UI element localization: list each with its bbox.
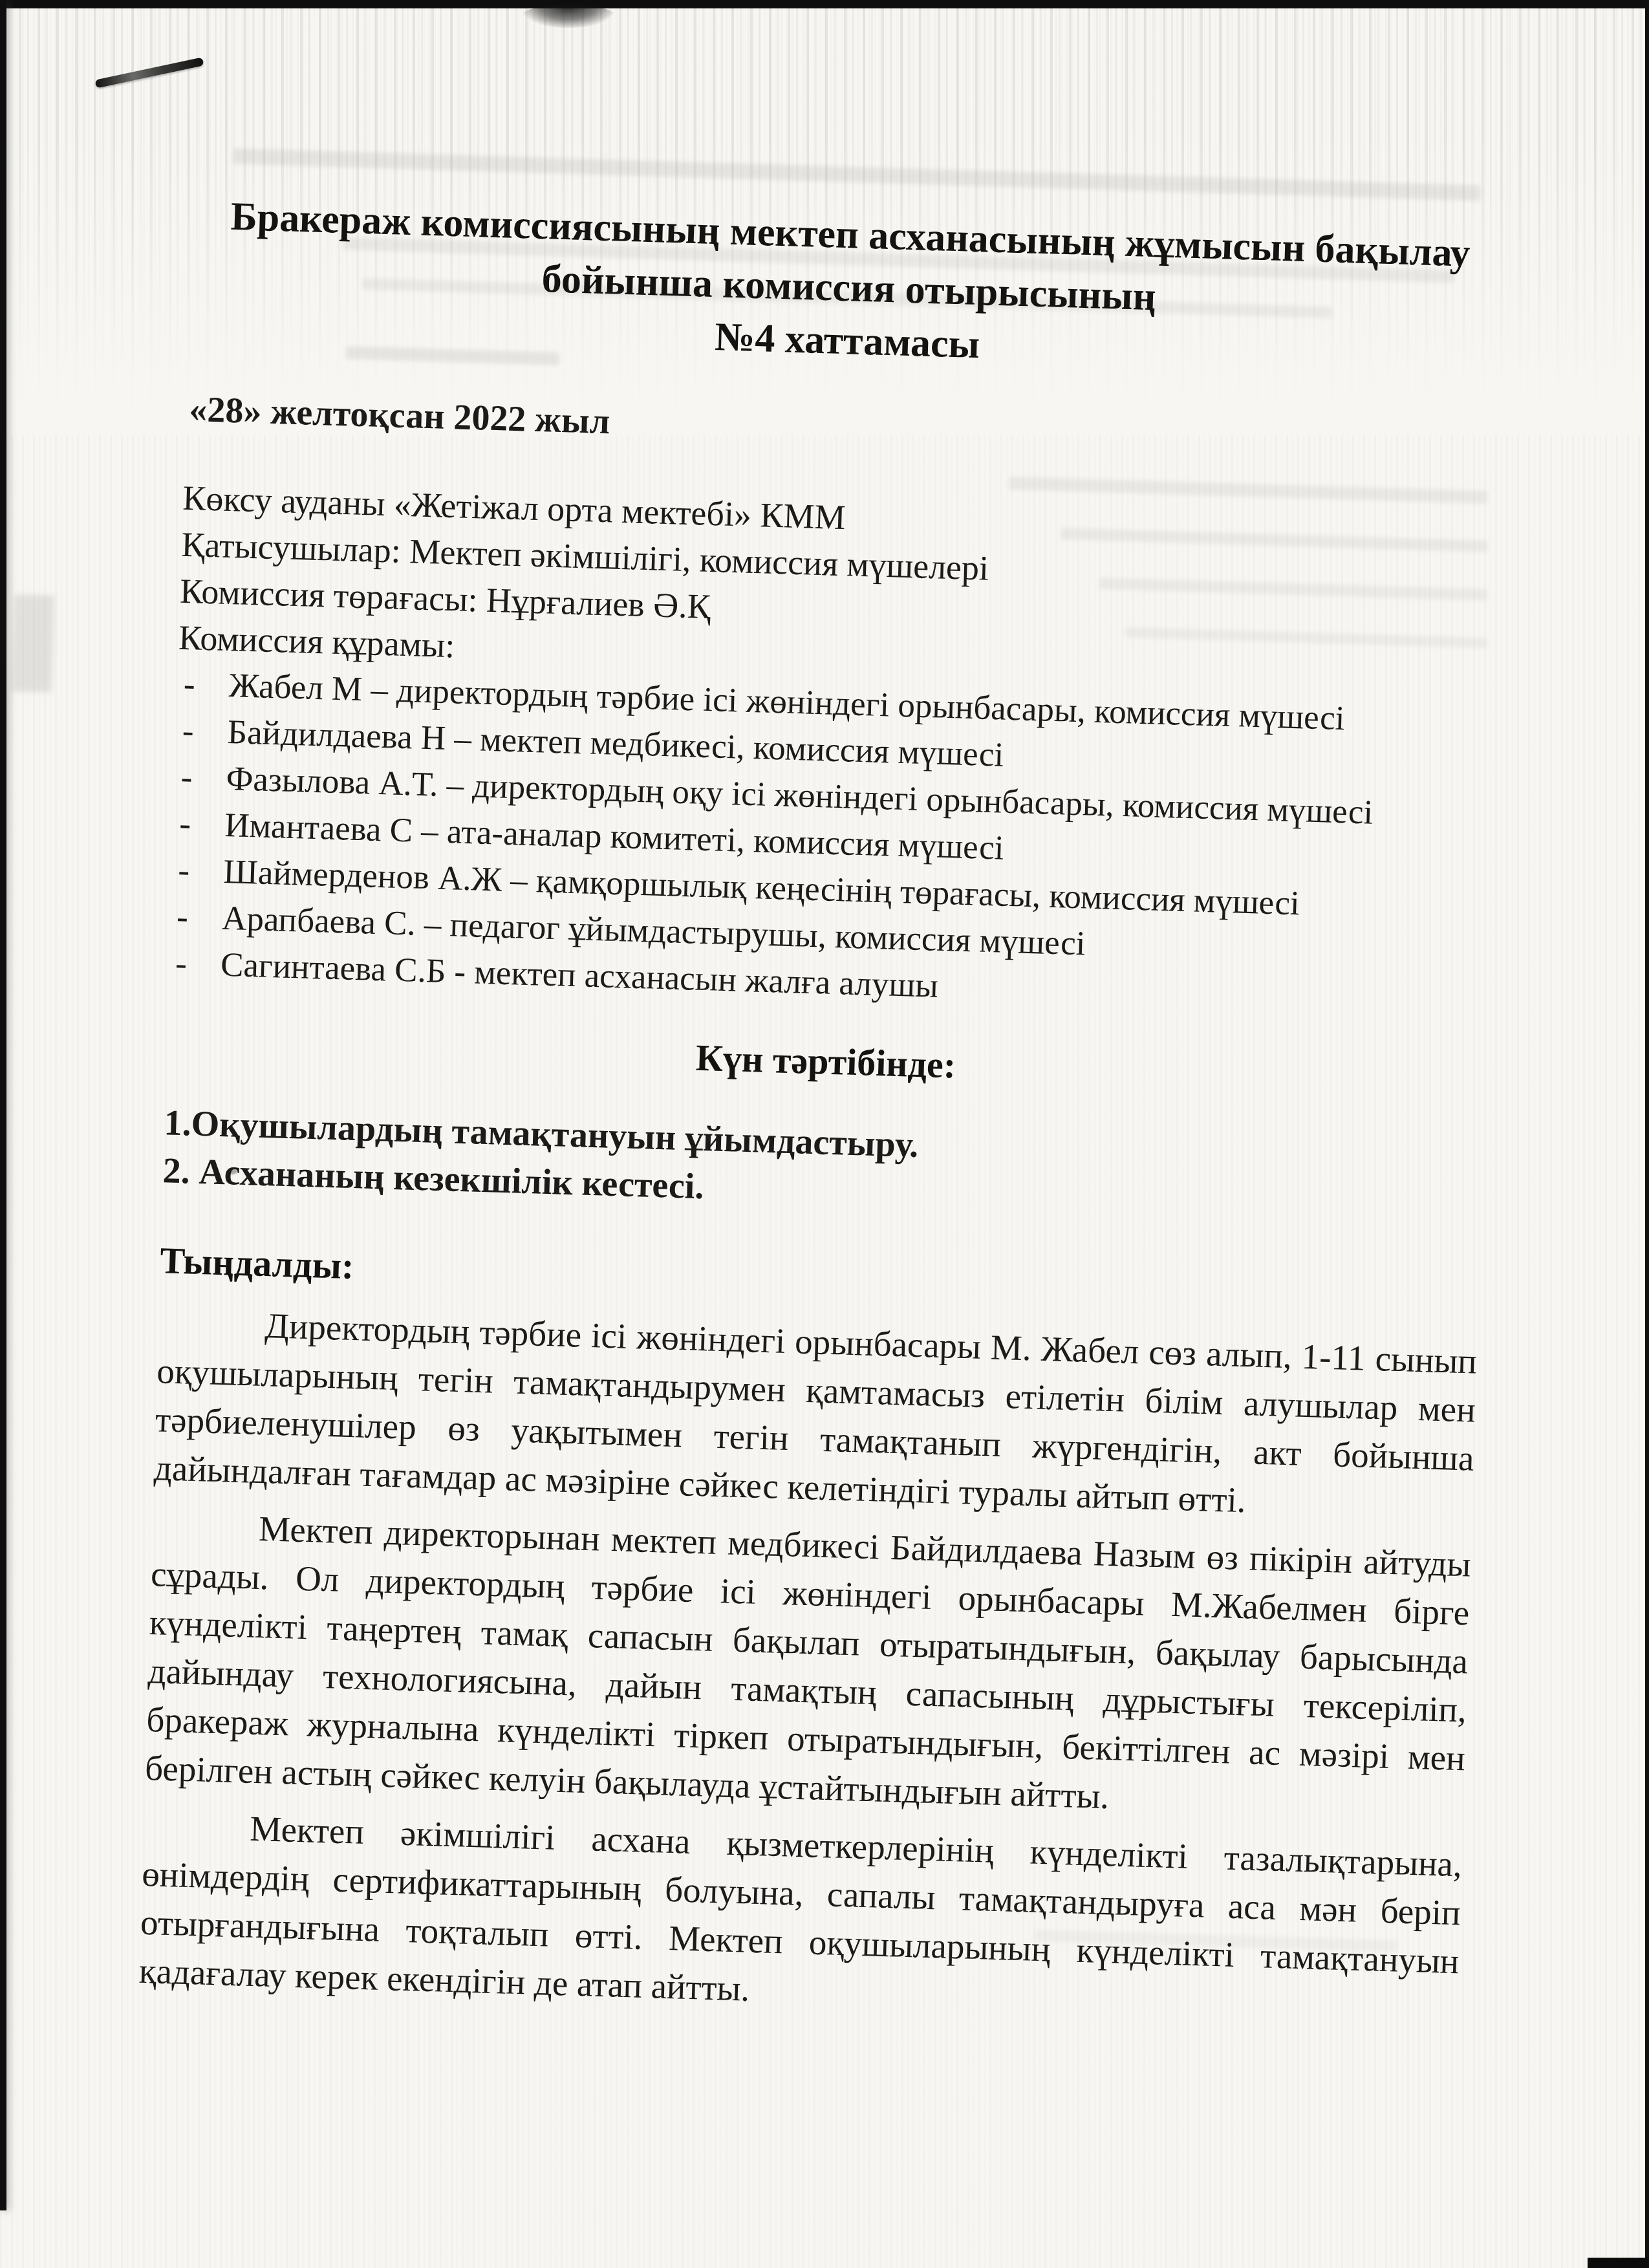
bullet-dash: - — [182, 707, 195, 754]
agenda-heading: Күн тәртібінде: — [166, 1016, 1485, 1107]
scan-edge-bottom-right — [1588, 2258, 1649, 2268]
scan-edge-top — [0, 0, 1649, 8]
bullet-dash: - — [179, 801, 192, 847]
edge-smudge — [12, 594, 54, 693]
bullet-dash: - — [183, 661, 196, 707]
scan-edge-right — [1645, 0, 1649, 2268]
body-paragraph-2: Мектеп директорынан мектеп медбикесі Бай… — [144, 1501, 1471, 1831]
commission-members-list: - Жабел М – директордың тәрбие ісі жөнін… — [168, 661, 1496, 1026]
document-title: Бракераж комиссиясының мектеп асханасыны… — [200, 189, 1497, 387]
document-date: «28» желтоқсан 2022 жыл — [189, 387, 1505, 471]
scanned-document-page: Бракераж комиссиясының мектеп асханасыны… — [0, 0, 1649, 2268]
body-paragraph-3: Мектеп әкімшілігі асхана қызметкерлеріні… — [138, 1801, 1463, 2034]
bullet-dash: - — [177, 847, 190, 894]
agenda-items: 1.Оқушылардың тамақтануын ұйымдастыру. 2… — [162, 1099, 1483, 1233]
bullet-dash: - — [176, 894, 189, 940]
scan-edge-left — [0, 0, 6, 2210]
document-content: Бракераж комиссиясының мектеп асханасыны… — [138, 162, 1511, 2034]
bullet-dash: - — [175, 940, 188, 987]
bullet-dash: - — [180, 754, 193, 801]
scan-edge-blob — [521, 5, 616, 28]
body-paragraph-1: Директордың тәрбие ісі жөніндегі орынбас… — [153, 1298, 1478, 1531]
